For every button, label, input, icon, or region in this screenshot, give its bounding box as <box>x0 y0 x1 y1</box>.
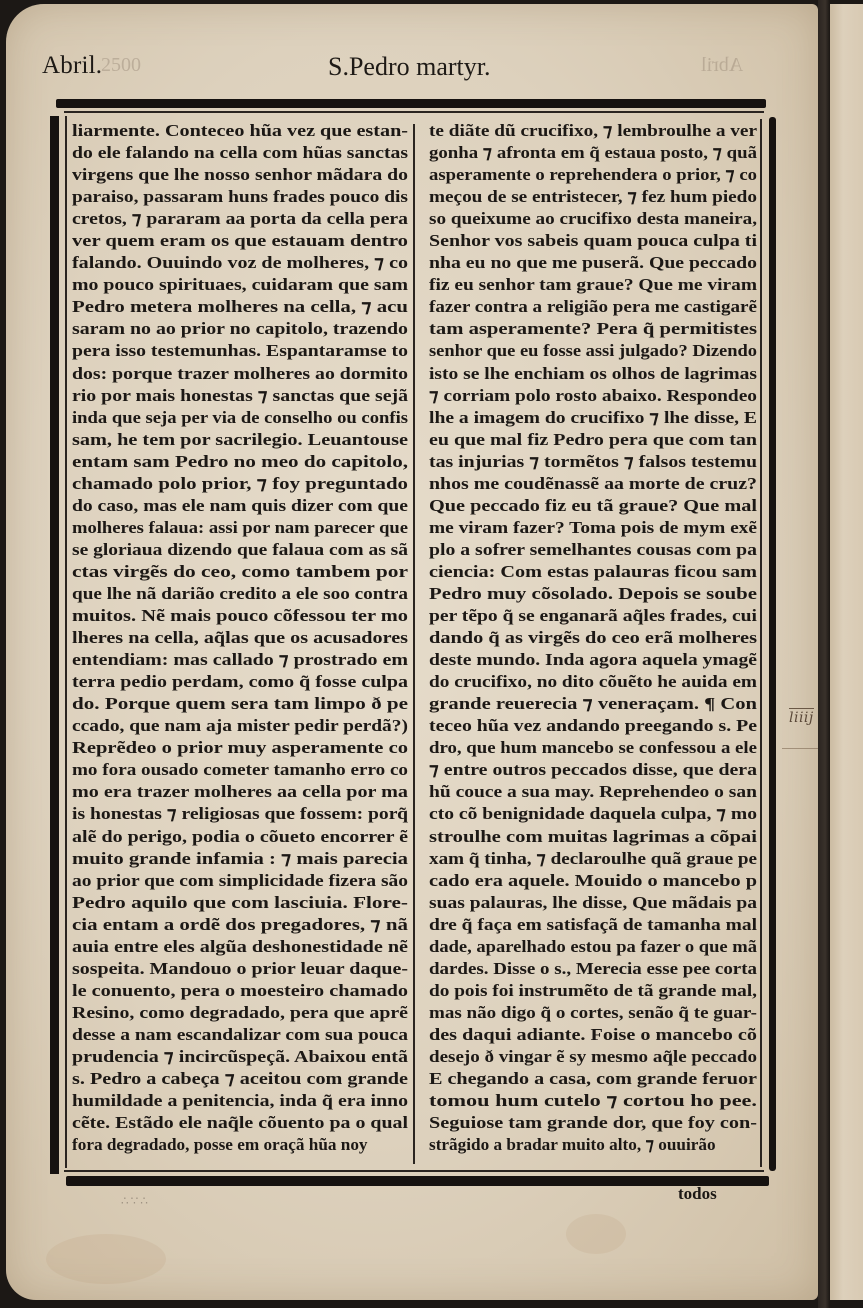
text-line: tomou hum cutelo ⁊ cortou ho pee. <box>429 1090 757 1112</box>
text-line: isto se lhe enchiam os olhos de lagrimas <box>429 363 757 385</box>
text-line: mas não digo q̃ o cortes, senão q̃ te gu… <box>429 1002 757 1024</box>
text-line: Que peccado fiz eu tã graue? Que mal <box>429 495 757 517</box>
frame-rule-top-inner <box>64 111 764 113</box>
text-line: sam, he tem por sacrilegio. Leuantouse <box>72 429 408 451</box>
frame-rule-left-inner <box>65 116 67 1168</box>
book-gutter <box>818 0 830 1308</box>
text-line: Resino, como degradado, pera que aprẽ <box>72 1002 408 1024</box>
text-column-right: te diãte dũ crucifixo, ⁊ lembroulhe a ve… <box>429 120 757 1156</box>
text-line: dro, que hum mancebo se confessou a ele <box>429 737 757 759</box>
text-line: ⁊ corriam polo rosto abaixo. Respondeo <box>429 385 757 407</box>
text-line: ccado, que nam aja mister pedir perdã?) <box>72 715 408 737</box>
text-line: que lhe nã darião credito a ele soo cont… <box>72 583 408 605</box>
text-line: cia entam a ordẽ dos pregadores, ⁊ nã <box>72 914 408 936</box>
running-head-title: S.Pedro martyr. <box>328 52 491 82</box>
text-line: sospeita. Mandouo o prior leuar daque- <box>72 958 408 980</box>
adjacent-page-edge <box>830 4 863 1300</box>
text-line: mo fora ousado cometer tamanho erro co <box>72 759 408 781</box>
text-line: plo a sofrer semelhantes cousas com pa <box>429 539 757 561</box>
text-line: Pedro muy cõsolado. Depois se soube <box>429 583 757 605</box>
text-line: nha eu no que me puserã. Que peccado <box>429 252 757 274</box>
text-line: me viram fazer? Toma pois de mym exẽ <box>429 517 757 539</box>
text-line: do crucifixo, no dito cõuẽto he auida em <box>429 671 757 693</box>
text-line: tam asperamente? Pera q̃ permitistes <box>429 318 757 340</box>
text-line: mo era trazer molheres aa cella por ma <box>72 781 408 803</box>
text-line: per tẽpo q̃ se enganarã aq̃les frades, c… <box>429 605 757 627</box>
text-line: rio por mais honestas ⁊ sanctas que sejã <box>72 385 408 407</box>
text-line: ctas virgẽs do ceo, como tambem por <box>72 561 408 583</box>
frame-rule-bottom <box>66 1176 769 1186</box>
text-line: ver quem eram os que estauam dentro <box>72 230 408 252</box>
text-line: Reprẽdeo o prior muy asperamente co <box>72 737 408 759</box>
paper-stain <box>566 1214 626 1254</box>
text-line: paraiso, passaram huns frades pouco dis <box>72 186 408 208</box>
text-line: entendiam: mas callado ⁊ prostrado em <box>72 649 408 671</box>
text-line: dade, aparelhado estou pa fazer o que mã <box>429 936 757 958</box>
text-line: dre q̃ faça em satisfaçã de tamanha mal <box>429 914 757 936</box>
text-line: cretos, ⁊ pararam aa porta da cella pera <box>72 208 408 230</box>
text-line: do. Porque quem sera tam limpo ð pe <box>72 693 408 715</box>
text-column-left: liarmente. Conteceo hũa vez que estan-do… <box>72 120 408 1156</box>
text-line: entam sam Pedro no meo do capitolo, <box>72 451 408 473</box>
bleed-through-text: Abril <box>701 54 743 77</box>
text-line: terra pedio perdam, como q̃ fosse culpa <box>72 671 408 693</box>
faint-printer-marks: ∴∵∴ <box>121 1194 150 1208</box>
text-line: saram no ao prior no capitolo, trazendo <box>72 318 408 340</box>
text-line: te diãte dũ crucifixo, ⁊ lembroulhe a ve… <box>429 120 757 142</box>
frame-rule-right <box>769 117 776 1171</box>
running-head-month: Abril. <box>42 52 102 80</box>
text-line: molheres falaua: assi por nam parecer qu… <box>72 517 408 539</box>
text-line: muitos. Nẽ mais pouco cõfessou ter mo <box>72 605 408 627</box>
text-line: desse a nam escandalizar com sua pouca <box>72 1024 408 1046</box>
text-line: se gloriaua dizendo que falaua com as sã <box>72 539 408 561</box>
text-line: humildade a penitencia, inda q̃ era inno <box>72 1090 408 1112</box>
text-line: deste mundo. Inda agora aquela ymagẽ <box>429 649 757 671</box>
text-line: E chegando a casa, com grande feruor <box>429 1068 757 1090</box>
text-line: ciencia: Com estas palauras ficou sam <box>429 561 757 583</box>
handwritten-margin-note: liiij <box>789 708 814 726</box>
text-line: stroulhe com muitas lagrimas a cõpai <box>429 826 757 848</box>
text-line: ao prior que com simplicidade fizera são <box>72 870 408 892</box>
text-line: desejo ð vingar ẽ sy mesmo aq̃le peccado <box>429 1046 757 1068</box>
text-line: tas injurias ⁊ tormẽtos ⁊ falsos testemu <box>429 451 757 473</box>
text-line: do caso, mas ele nam quis dizer com que <box>72 495 408 517</box>
text-line: ⁊ entre outros peccados disse, que dera <box>429 759 757 781</box>
text-line: is honestas ⁊ religiosas que fossem: por… <box>72 803 408 825</box>
text-line: pera isso testemunhas. Espantaramse to <box>72 340 408 362</box>
frame-rule-top <box>56 99 766 108</box>
text-line: suas palauras, lhe disse, Que mãdais pa <box>429 892 757 914</box>
text-line: liarmente. Conteceo hũa vez que estan- <box>72 120 408 142</box>
text-line: eu que mal fiz Pedro pera que com tan <box>429 429 757 451</box>
text-line: cẽte. Estãdo ele naq̃le cõuento pa o qua… <box>72 1112 408 1134</box>
text-line: Pedro metera molheres na cella, ⁊ acu <box>72 296 408 318</box>
text-line: virgens que lhe nosso senhor mãdara do <box>72 164 408 186</box>
text-line: do pois foi instrumẽto de tã grande mal, <box>429 980 757 1002</box>
text-line: lheres na cella, aq̃las que os acusadore… <box>72 627 408 649</box>
text-line: so queixume ao crucifixo desta maneira, <box>429 208 757 230</box>
text-line: falando. Ouuindo voz de molheres, ⁊ co <box>72 252 408 274</box>
text-line: asperamente o reprehendera o prior, ⁊ co <box>429 164 757 186</box>
text-line: dos: porque trazer molheres ao dormito <box>72 363 408 385</box>
text-line: nhos me coudẽnassẽ aa morte de cruz? <box>429 473 757 495</box>
text-line: grande reuerecia ⁊ veneraçam. ¶ Con <box>429 693 757 715</box>
text-line: xam q̃ tinha, ⁊ declaroulhe quã graue pe <box>429 848 757 870</box>
text-line: dando q̃ as virgẽs do ceo erã molheres <box>429 627 757 649</box>
text-line: alẽ do perigo, podia o cõueto encorrer ẽ <box>72 826 408 848</box>
text-line: fiz eu senhor tam graue? Que me viram <box>429 274 757 296</box>
frame-rule-bottom-inner <box>64 1170 764 1172</box>
book-page: Abril. 2500 S.Pedro martyr. Abril liarme… <box>6 4 818 1300</box>
text-line: fora degradado, posse em oraçã hũa noy <box>72 1134 408 1156</box>
text-line: senhor que eu fosse assi julgado? Dizend… <box>429 340 757 362</box>
text-line: do ele falando na cella com hũas sanctas <box>72 142 408 164</box>
paper-stain <box>46 1234 166 1284</box>
text-line: Seguiose tam grande dor, que foy con- <box>429 1112 757 1134</box>
text-line: auia entre eles algũa deshonestidade nẽ <box>72 936 408 958</box>
text-line: hũ couce a sua may. Reprehendeo o san <box>429 781 757 803</box>
text-line: gonha ⁊ afronta em q̃ estaua posto, ⁊ qu… <box>429 142 757 164</box>
text-line: le conuento, pera o moesteiro chamado <box>72 980 408 1002</box>
text-line: inda que seja per via de conselho ou con… <box>72 407 408 429</box>
text-line: cto cõ benignidade daquela culpa, ⁊ mo <box>429 803 757 825</box>
text-line: chamado polo prior, ⁊ foy preguntado <box>72 473 408 495</box>
text-line: mo pouco spirituaes, cuidaram que sam <box>72 274 408 296</box>
text-line: dardes. Disse o s., Merecia esse pee cor… <box>429 958 757 980</box>
text-line: prudencia ⁊ incircũspeçã. Abaixou entã <box>72 1046 408 1068</box>
text-line: teceo hũa vez andando preegando s. Pe <box>429 715 757 737</box>
bleed-through-text: 2500 <box>101 54 141 77</box>
text-line: muito grande infamia : ⁊ mais parecia <box>72 848 408 870</box>
frame-rule-right-inner <box>760 119 762 1167</box>
text-line: strãgido a bradar muito alto, ⁊ ouuirão <box>429 1134 757 1156</box>
frame-rule-left <box>50 116 59 1174</box>
text-line: Senhor vos sabeis quam pouca culpa ti <box>429 230 757 252</box>
text-line: des daqui adiante. Foise o mancebo cõ <box>429 1024 757 1046</box>
text-line: Pedro aquilo que com lasciuia. Flore- <box>72 892 408 914</box>
text-line: s. Pedro a cabeça ⁊ aceitou com grande <box>72 1068 408 1090</box>
catchword: todos <box>678 1184 717 1204</box>
text-line: cado era aquele. Mouido o mancebo p <box>429 870 757 892</box>
text-line: lhe a imagem do crucifixo ⁊ lhe disse, E <box>429 407 757 429</box>
handwritten-underline <box>782 748 822 749</box>
page-header: Abril. 2500 S.Pedro martyr. Abril <box>6 52 818 88</box>
text-line: meçou de se entristecer, ⁊ fez hum piedo <box>429 186 757 208</box>
text-line: fazer contra a religião pera me castigar… <box>429 296 757 318</box>
column-divider <box>413 124 415 1164</box>
